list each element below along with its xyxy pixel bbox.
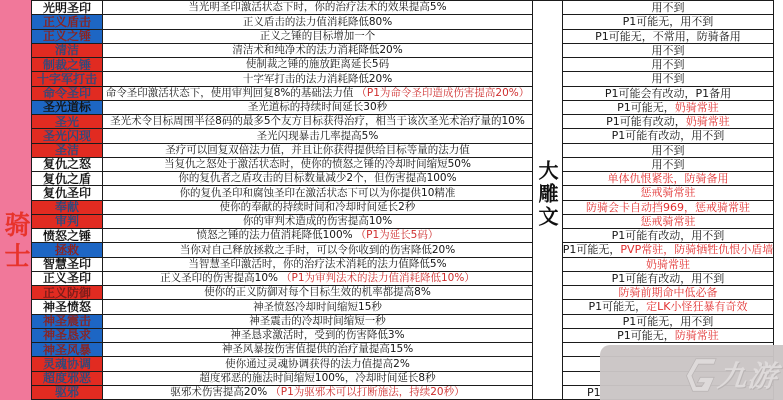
- note-text: 用不到: [652, 159, 685, 170]
- usage-note-cell: 用不到: [563, 58, 774, 72]
- description-text: 清洁术和纯净术的法力消耗降低20%: [232, 45, 402, 56]
- description-text: 超度邪恶的施法时间缩短100%，冷却时间延长8秒: [199, 373, 435, 384]
- skill-description-cell: 圣疗可以回复双倍法力值，并且让你获得提供给目标等量的法力值: [103, 144, 533, 158]
- note-text: 用不到: [652, 145, 685, 156]
- skill-name-cell: 神圣震击: [32, 315, 103, 329]
- usage-note-cell: P1可能无，不常用，防骑备用: [563, 30, 774, 44]
- skill-name-cell: 超度邪恶: [32, 372, 103, 386]
- usage-note-cell: P1可能无，奶骑常驻: [563, 101, 774, 115]
- note-text: P1可能无，用不到: [623, 16, 714, 27]
- description-text: 当光明圣印激活状态下时，你的治疗法术的效果提高5%: [188, 2, 446, 13]
- skill-description-cell: 当智慧圣印激活时，你的治疗法术消耗的法力值降低5%: [103, 258, 533, 272]
- skill-description-cell: 愤怒之锤的法力值消耗降低100%（P1为延长5码）: [103, 229, 533, 243]
- note-highlight-text: PVP常驻，防骑牺牲仇恨小盾墙: [620, 244, 773, 255]
- description-text: 神圣风暴按伤害值提供的治疗量提高15%: [222, 344, 413, 355]
- watermark-overlay: 九游: [600, 345, 783, 400]
- skill-name-cell: 光明圣印: [32, 1, 103, 15]
- usage-note-cell: P1可能无，用不到: [563, 15, 774, 29]
- usage-note-cell: P1可能无，用不到: [563, 315, 774, 329]
- skill-description-cell: 神圣震击的冷却时间缩短一秒: [103, 315, 533, 329]
- skill-name-cell: 复仇之怒: [32, 158, 103, 172]
- description-text: 十字军打击的法力消耗降低20%: [243, 74, 392, 85]
- note-text: P1: [587, 387, 601, 398]
- description-text: 你的审判术造成的伤害提高10%: [243, 216, 392, 227]
- skill-description-cell: 使你的正义防御对每个目标生效的机率都提高8%: [103, 286, 533, 300]
- note-text: P1可能有改动，用不到: [612, 130, 725, 141]
- skill-name-cell: 复仇圣印: [32, 186, 103, 200]
- note-highlight-text: 奶骑常驻: [646, 259, 690, 270]
- note-text: 用不到: [652, 45, 685, 56]
- skill-name-cell: 圣光道标: [32, 101, 103, 115]
- note-highlight-text: 奶骑常驻: [675, 102, 719, 113]
- description-text: 使你的正义防御对每个目标生效的机率都提高8%: [204, 287, 431, 298]
- note-highlight-text: 惩戒骑常驻: [641, 187, 696, 198]
- description-text: 神圣愤怒冷却时间缩短15秒: [253, 302, 382, 313]
- note-text: P1可能有改动，用不到: [612, 230, 725, 241]
- skill-description-cell: 正义圣印的伤害提高10%（P1为审判法术的法力值消耗降低10%）: [103, 272, 533, 286]
- skill-description-cell: 你的复仇者之盾攻击的目标数量减少2个，但伤害提高100%: [103, 172, 533, 186]
- skill-description-cell: 圣光闪现暴击几率提高5%: [103, 129, 533, 143]
- skill-description-cell: 使你通过灵魂协调获得的法力值提高2%: [103, 357, 533, 371]
- usage-note-cell: 防骑前期命中低必备: [563, 286, 774, 300]
- note-text: P1可能有改动，用不到: [612, 273, 725, 284]
- skill-name-cell: 正义盾击: [32, 15, 103, 29]
- skill-name-cell: 制裁之锤: [32, 58, 103, 72]
- note-highlight-text: 惩戒骑常驻: [641, 216, 696, 227]
- usage-note-cell: P1可能有改动，用不到: [563, 129, 774, 143]
- usage-note-cell: 防骑会卡自动挡969，惩戒骑常驻: [563, 201, 774, 215]
- skill-description-cell: 你的复仇圣印和腐蚀圣印在激活状态下可以为你提供10精准: [103, 186, 533, 200]
- skill-name-cell: 正义防御: [32, 286, 103, 300]
- usage-note-cell: P1可能有改动，奶骑常驻: [563, 115, 774, 129]
- skill-description-cell: 超度邪恶的施法时间缩短100%，冷却时间延长8秒: [103, 372, 533, 386]
- skill-name-cell: 灵魂协调: [32, 357, 103, 371]
- skill-description-cell: 使制裁之锤的施放距离延长5码: [103, 58, 533, 72]
- note-text: P1可能无，: [617, 330, 675, 341]
- description-text: 神圣震击的冷却时间缩短一秒: [249, 316, 386, 327]
- usage-note-cell: P1可能无，防骑常驻: [563, 329, 774, 343]
- skill-description-cell: 使你的奉献的持续时间和冷却时间延长2秒: [103, 201, 533, 215]
- usage-note-cell: 用不到: [563, 1, 774, 15]
- usage-note-cell: 单体仇恨紧张，防骑备用: [563, 172, 774, 186]
- class-strip: 骑士: [0, 0, 31, 400]
- class-label: 骑士: [0, 211, 34, 273]
- description-text: 正义盾击的法力值消耗降低80%: [243, 17, 392, 28]
- description-text: 你的复仇圣印和腐蚀圣印在激活状态下可以为你提供10精准: [180, 188, 456, 199]
- note-text: P1可能有改动，: [606, 116, 686, 127]
- skill-name-cell: 智慧圣印: [32, 258, 103, 272]
- skill-description-cell: 当光明圣印激活状态下时，你的治疗法术的效果提高5%: [103, 1, 533, 15]
- note-highlight-text: 奶骑常驻: [686, 116, 730, 127]
- skill-name-cell: 复仇之盾: [32, 172, 103, 186]
- skill-description-cell: 命令圣印激活状态下，使用审判回复8%的基础法力值（P1为命令圣印造成伤害提高20…: [103, 87, 533, 101]
- description-text: 正义之锤的目标增加一个: [260, 31, 376, 42]
- usage-note-cell: 奶骑常驻: [563, 258, 774, 272]
- description-text: 圣光道标的持续时间延长30秒: [248, 102, 387, 113]
- skill-name-cell: 圣洁: [32, 144, 103, 158]
- description-text: 愤怒之锤的法力值消耗降低100%: [197, 230, 353, 241]
- description-text: 命令圣印激活状态下，使用审判回复8%的基础法力值: [106, 88, 354, 99]
- description-text: 当你对自己释放拯救之手时，可以令你收到的伤害降低20%: [180, 245, 455, 256]
- description-text: 使制裁之锤的施放距离延长5码: [246, 59, 389, 70]
- talent-table: 光明圣印当光明圣印激活状态下时，你的治疗法术的效果提高5%用不到正义盾击正义盾击…: [31, 0, 774, 400]
- description-text: 神圣恳求激活时，受到的伤害降低3%: [230, 330, 404, 341]
- skill-name-cell: 圣光闪现: [32, 129, 103, 143]
- note-highlight-text: 防骑前期命中低必备: [619, 287, 718, 298]
- usage-note-cell: 惩戒骑常驻: [563, 215, 774, 229]
- skill-name-cell: 奉献: [32, 201, 103, 215]
- usage-note-cell: P1可能无，定LK小怪狂暴有奇效: [563, 300, 774, 314]
- note-text: 用不到: [652, 73, 685, 84]
- nine-game-logo-icon: [680, 356, 718, 394]
- skill-description-cell: 十字军打击的法力消耗降低20%: [103, 72, 533, 86]
- skill-name-cell: 神圣恳求: [32, 329, 103, 343]
- skill-name-cell: 神圣愤怒: [32, 300, 103, 314]
- skill-name-cell: 圣光: [32, 115, 103, 129]
- skill-description-cell: 清洁术和纯净术的法力消耗降低20%: [103, 44, 533, 58]
- skill-description-cell: 圣光道标的持续时间延长30秒: [103, 101, 533, 115]
- skill-name-cell: 拯救: [32, 243, 103, 257]
- note-highlight-text: 单体仇恨紧张，防骑备用: [608, 173, 729, 184]
- usage-note-cell: 用不到: [563, 44, 774, 58]
- skill-name-cell: 命令圣印: [32, 87, 103, 101]
- description-p1-note: （P1为审判法术的法力值消耗降低10%）: [281, 273, 475, 284]
- skill-name-cell: 正义之锤: [32, 30, 103, 44]
- skill-name-cell: 清洁: [32, 44, 103, 58]
- description-text: 驱邪术伤害提高20%: [170, 387, 267, 398]
- talent-sheet-screenshot: 骑士 光明圣印当光明圣印激活状态下时，你的治疗法术的效果提高5%用不到正义盾击正…: [0, 0, 783, 400]
- usage-note-cell: P1可能会有改动，P1备用: [563, 87, 774, 101]
- note-text: P1可能无，: [563, 244, 620, 255]
- skill-name-cell: 神圣风暴: [32, 343, 103, 357]
- skill-name-cell: 正义圣印: [32, 272, 103, 286]
- skill-description-cell: 神圣风暴按伤害值提供的治疗量提高15%: [103, 343, 533, 357]
- skill-description-cell: 正义之锤的目标增加一个: [103, 30, 533, 44]
- skill-name-cell: 审判: [32, 215, 103, 229]
- description-text: 使你的奉献的持续时间和冷却时间延长2秒: [220, 202, 416, 213]
- skill-description-cell: 你的审判术造成的伤害提高10%: [103, 215, 533, 229]
- skill-description-cell: 神圣恳求激活时，受到的伤害降低3%: [103, 329, 533, 343]
- description-p1-note: （P1为延长5码）: [356, 230, 439, 241]
- description-text: 当智慧圣印激活时，你的治疗法术消耗的法力值降低5%: [188, 259, 446, 270]
- note-text: P1可能会有改动，P1备用: [605, 88, 731, 99]
- usage-note-cell: 惩戒骑常驻: [563, 186, 774, 200]
- skill-name-cell: 十字军打击: [32, 72, 103, 86]
- description-p1-note: （P1为驱邪术可以打断施法，持续20秒）: [270, 387, 464, 398]
- usage-note-cell: P1可能有改动，用不到: [563, 229, 774, 243]
- usage-note-cell: 用不到: [563, 72, 774, 86]
- skill-description-cell: 正义盾击的法力值消耗降低80%: [103, 15, 533, 29]
- description-text: 使你通过灵魂协调获得的法力值提高2%: [225, 359, 410, 370]
- description-text: 正义圣印的伤害提高10%: [160, 273, 278, 284]
- usage-note-cell: 用不到: [563, 158, 774, 172]
- skill-description-cell: 圣光术令目标周围半径8码的最多5个友方目标获得治疗，相当于该次圣光术治疗量的10…: [103, 115, 533, 129]
- skill-description-cell: 神圣愤怒冷却时间缩短15秒: [103, 300, 533, 314]
- skill-description-cell: 驱邪术伤害提高20%（P1为驱邪术可以打断施法，持续20秒）: [103, 386, 533, 400]
- note-text: P1可能无，: [617, 102, 675, 113]
- usage-note-cell: 用不到: [563, 144, 774, 158]
- usage-note-cell: P1可能无，PVP常驻，防骑牺牲仇恨小盾墙: [563, 243, 774, 257]
- description-text: 圣光术令目标周围半径8码的最多5个友方目标获得治疗，相当于该次圣光术治疗量的10…: [110, 116, 525, 127]
- skill-name-cell: 愤怒之锤: [32, 229, 103, 243]
- note-text: P1可能无，: [589, 301, 647, 312]
- skill-description-cell: 当复仇之怒处于激活状态时，使你的愤怒之锤的冷却时间缩短50%: [103, 158, 533, 172]
- glyph-column-merged-cell: 大雕文: [533, 1, 563, 400]
- description-text: 你的复仇者之盾攻击的目标数量减少2个，但伤害提高100%: [178, 173, 456, 184]
- note-text: P1可能无，不常用，防骑备用: [595, 31, 741, 42]
- description-p1-note: （P1为命令圣印造成伤害提高20%）: [356, 88, 529, 99]
- note-text: 用不到: [652, 59, 685, 70]
- note-highlight-text: 防骑常驻: [675, 330, 719, 341]
- site-logo-text: 九游: [716, 354, 780, 395]
- description-text: 当复仇之怒处于激活状态时，使你的愤怒之锤的冷却时间缩短50%: [164, 159, 471, 170]
- note-text: P1可能无，用不到: [623, 316, 714, 327]
- note-highlight-text: 防骑会卡自动挡969，惩戒骑常驻: [586, 202, 750, 213]
- skill-description-cell: 当你对自己释放拯救之手时，可以令你收到的伤害降低20%: [103, 243, 533, 257]
- note-text: 用不到: [652, 2, 685, 13]
- usage-note-cell: P1可能有改动，用不到: [563, 272, 774, 286]
- skill-name-cell: 驱邪: [32, 386, 103, 400]
- note-highlight-text: 定LK小怪狂暴有奇效: [646, 301, 747, 312]
- description-text: 圣疗可以回复双倍法力值，并且让你获得提供给目标等量的法力值: [165, 145, 470, 156]
- site-logo: 九游: [680, 354, 780, 395]
- description-text: 圣光闪现暴击几率提高5%: [257, 131, 379, 142]
- glyph-column-label: 大雕文: [533, 160, 562, 229]
